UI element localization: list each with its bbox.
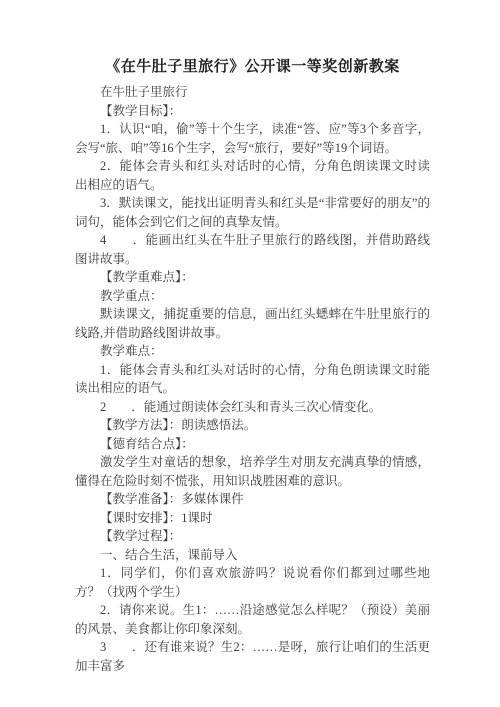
paragraph-key-point-body: 默读课文，捕捉重要的信息，画出红头蟋蟀在牛肚里旅行的线路,并借助路线图讲故事。 <box>75 305 430 342</box>
paragraph-goal-4: 4 ．能画出红头在牛肚子里旅行的路线图，并借助路线图讲故事。 <box>75 231 430 268</box>
paragraph-difficult-point-label: 教学难点： <box>75 342 430 361</box>
paragraph-key-point-label: 教学重点： <box>75 287 430 306</box>
paragraph-subtitle: 在牛肚子里旅行 <box>75 83 430 102</box>
paragraph-heading-key-difficult-points: 【教学重难点】： <box>75 268 430 287</box>
paragraph-heading-teaching-goals: 【教学目标】： <box>75 102 430 121</box>
document-page: 《在牛肚子里旅行》公开课一等奖创新教案 在牛肚子里旅行 【教学目标】： 1．认识… <box>0 0 500 707</box>
paragraph-process-step-1: 1．同学们，你们喜欢旅游吗？说说看你们都到过哪些地方？（找两个学生） <box>75 564 430 601</box>
paragraph-goal-3: 3．默读课文，能找出证明青头和红头是“非常要好的朋友”的词句，能体会到它们之间的… <box>75 194 430 231</box>
paragraph-goal-1: 1．认识“咱，偷”等十个生字，读准“答、应”等3个多音字，会写“旅、咱”等16个… <box>75 120 430 157</box>
paragraph-process-step-2: 2．请你来说。生1：……沿途感觉怎么样呢？（预设）美丽的风景、美食都让你印象深刻… <box>75 601 430 638</box>
paragraph-difficult-point-1: 1．能体会青头和红头对话时的心情，分角色朗读课文时能读出相应的语气。 <box>75 361 430 398</box>
paragraph-difficult-point-2: 2 ．能通过朗读体会红头和青头三次心情变化。 <box>75 398 430 417</box>
paragraph-process-step-3: 3 ．还有谁来说？生2：……是呀，旅行让咱们的生活更加丰富多 <box>75 638 430 675</box>
paragraph-heading-moral-education: 【德育结合点】： <box>75 435 430 454</box>
paragraph-goal-2: 2．能体会青头和红头对话时的心情，分角色朗读课文时读出相应的语气。 <box>75 157 430 194</box>
paragraph-heading-teaching-process: 【教学过程】： <box>75 527 430 546</box>
document-title: 《在牛肚子里旅行》公开课一等奖创新教案 <box>75 57 430 77</box>
paragraph-heading-class-hours: 【课时安排】：1课时 <box>75 509 430 528</box>
paragraph-moral-education-body: 激发学生对童话的想象，培养学生对朋友充满真挚的情感，懂得在危险时刻不慌张，用知识… <box>75 453 430 490</box>
document-body: 在牛肚子里旅行 【教学目标】： 1．认识“咱，偷”等十个生字，读准“答、应”等3… <box>75 83 430 675</box>
paragraph-section-1-heading: 一、结合生活，课前导入 <box>75 546 430 565</box>
paragraph-heading-teaching-method: 【教学方法】：朗读感悟法。 <box>75 416 430 435</box>
paragraph-heading-teaching-preparation: 【教学准备】：多媒体课件 <box>75 490 430 509</box>
